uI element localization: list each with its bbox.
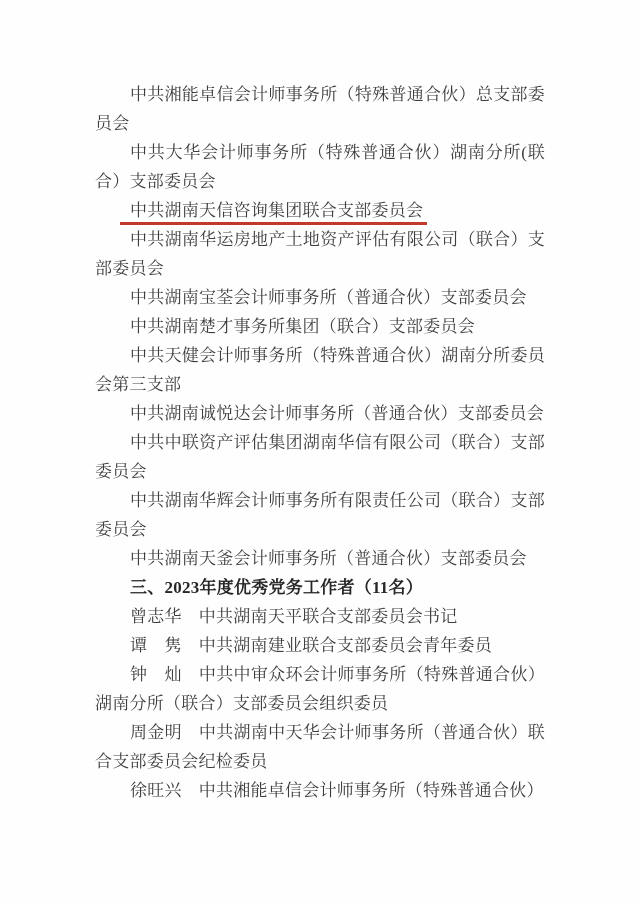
award-name: 周金明 [130, 723, 182, 742]
org-paragraph: 中共大华会计师事务所（特殊普通合伙）湖南分所(联合）支部委员会 [95, 138, 545, 196]
org-paragraph: 中共湖南楚才事务所集团（联合）支部委员会 [95, 312, 545, 341]
document-page: 中共湘能卓信会计师事务所（特殊普通合伙）总支部委员会 中共大华会计师事务所（特殊… [0, 0, 640, 904]
org-paragraph: 中共湖南华辉会计师事务所有限责任公司（联合）支部委员会 [95, 486, 545, 544]
award-name: 钟 灿 [130, 665, 182, 684]
org-paragraph: 中共湖南天釜会计师事务所（普通合伙）支部委员会 [95, 544, 545, 573]
org-paragraph: 中共中联资产评估集团湖南华信有限公司（联合）支部委员会 [95, 428, 545, 486]
award-name: 曾志华 [130, 607, 182, 626]
award-entry: 钟 灿中共中审众环会计师事务所（特殊普通合伙）湖南分所（联合）支部委员会组织委员 [95, 660, 545, 718]
section-heading: 三、2023年度优秀党务工作者（11名） [95, 573, 545, 602]
org-paragraph: 中共湖南华运房地产土地资产评估有限公司（联合）支部委员会 [95, 225, 545, 283]
org-paragraph: 中共天健会计师事务所（特殊普通合伙）湖南分所委员会第三支部 [95, 341, 545, 399]
award-name: 徐旺兴 [130, 781, 182, 800]
org-paragraph: 中共湘能卓信会计师事务所（特殊普通合伙）总支部委员会 [95, 80, 545, 138]
award-entry: 曾志华中共湖南天平联合支部委员会书记 [95, 602, 545, 631]
award-role: 中共湖南天平联合支部委员会书记 [199, 607, 458, 626]
award-entry: 周金明中共湖南中天华会计师事务所（普通合伙）联合支部委员会纪检委员 [95, 718, 545, 776]
award-name: 谭 隽 [130, 636, 182, 655]
award-entry: 谭 隽中共湖南建业联合支部委员会青年委员 [95, 631, 545, 660]
award-entry: 徐旺兴中共湘能卓信会计师事务所（特殊普通合伙） [95, 776, 545, 805]
award-role: 中共湖南建业联合支部委员会青年委员 [199, 636, 492, 655]
red-underlined-text: 中共湖南天信咨询集团联合支部委员会 [120, 201, 427, 225]
org-paragraph: 中共湖南诚悦达会计师事务所（普通合伙）支部委员会 [95, 399, 545, 428]
org-paragraph-highlighted: 中共湖南天信咨询集团联合支部委员会 [95, 196, 545, 225]
org-paragraph: 中共湖南宝荃会计师事务所（普通合伙）支部委员会 [95, 283, 545, 312]
award-role: 中共湘能卓信会计师事务所（特殊普通合伙） [199, 781, 544, 800]
